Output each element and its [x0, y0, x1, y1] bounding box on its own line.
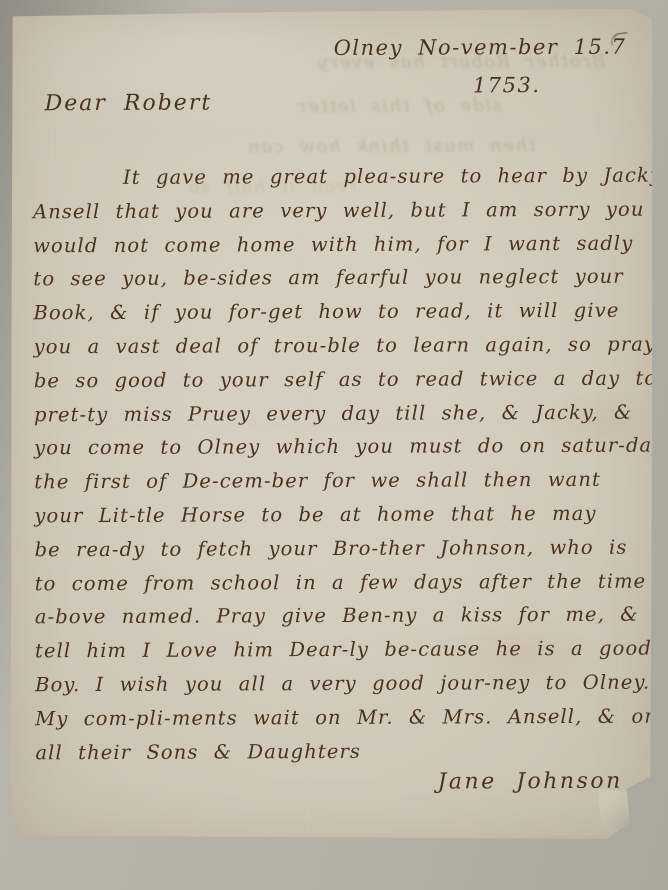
- showthrough-line: then must think how can: [247, 135, 536, 157]
- body-line: your Lit-tle Horse to be at home that he…: [34, 497, 640, 533]
- letter-paper: Brother Robert has everyside of this let…: [6, 9, 656, 842]
- body-line: It gave me great plea-sure to hear by Ja…: [33, 159, 639, 195]
- body-line: to come from school in a few days after …: [35, 564, 641, 600]
- body-line: pret-ty miss Pruey every day till she, &…: [34, 395, 640, 431]
- body-line: the first of De-cem-ber for we shall the…: [34, 463, 640, 499]
- body-line: be rea-dy to fetch your Bro-ther Johnson…: [34, 530, 640, 566]
- body-line: you a vast deal of trou-ble to learn aga…: [34, 328, 640, 364]
- body-line: you come to Olney which you must do on s…: [34, 429, 640, 465]
- body-line: to see you, be-sides am fearful you negl…: [33, 260, 639, 296]
- signature: Jane Johnson: [438, 769, 623, 795]
- body-line: all their Sons & Daughters: [35, 733, 641, 769]
- paper-curl-mark: [610, 32, 630, 46]
- body-line: Ansell that you are very well, but I am …: [33, 192, 639, 228]
- date-line-place-month: Olney No-vem-ber 15.7: [334, 35, 627, 60]
- body-line: Book, & if you for-get how to read, it w…: [33, 294, 639, 330]
- fold-crease-horizontal: [7, 133, 653, 139]
- folded-corner: [598, 789, 634, 831]
- showthrough-line: side of this letter: [297, 95, 502, 117]
- body-line: My com-pli-ments wait on Mr. & Mrs. Anse…: [35, 699, 641, 735]
- body-line: a-bove named. Pray give Ben-ny a kiss fo…: [35, 598, 641, 634]
- letter-body: It gave me great plea-sure to hear by Ja…: [33, 159, 642, 770]
- body-line: would not come home with him, for I want…: [33, 226, 639, 262]
- date-line-year: 1753.: [473, 73, 541, 97]
- body-line: tell him I Love him Dear-ly be-cause he …: [35, 632, 641, 668]
- body-line: Boy. I wish you all a very good jour-ney…: [35, 666, 641, 702]
- body-line: be so good to your self as to read twice…: [34, 361, 640, 397]
- salutation: Dear Robert: [45, 91, 213, 117]
